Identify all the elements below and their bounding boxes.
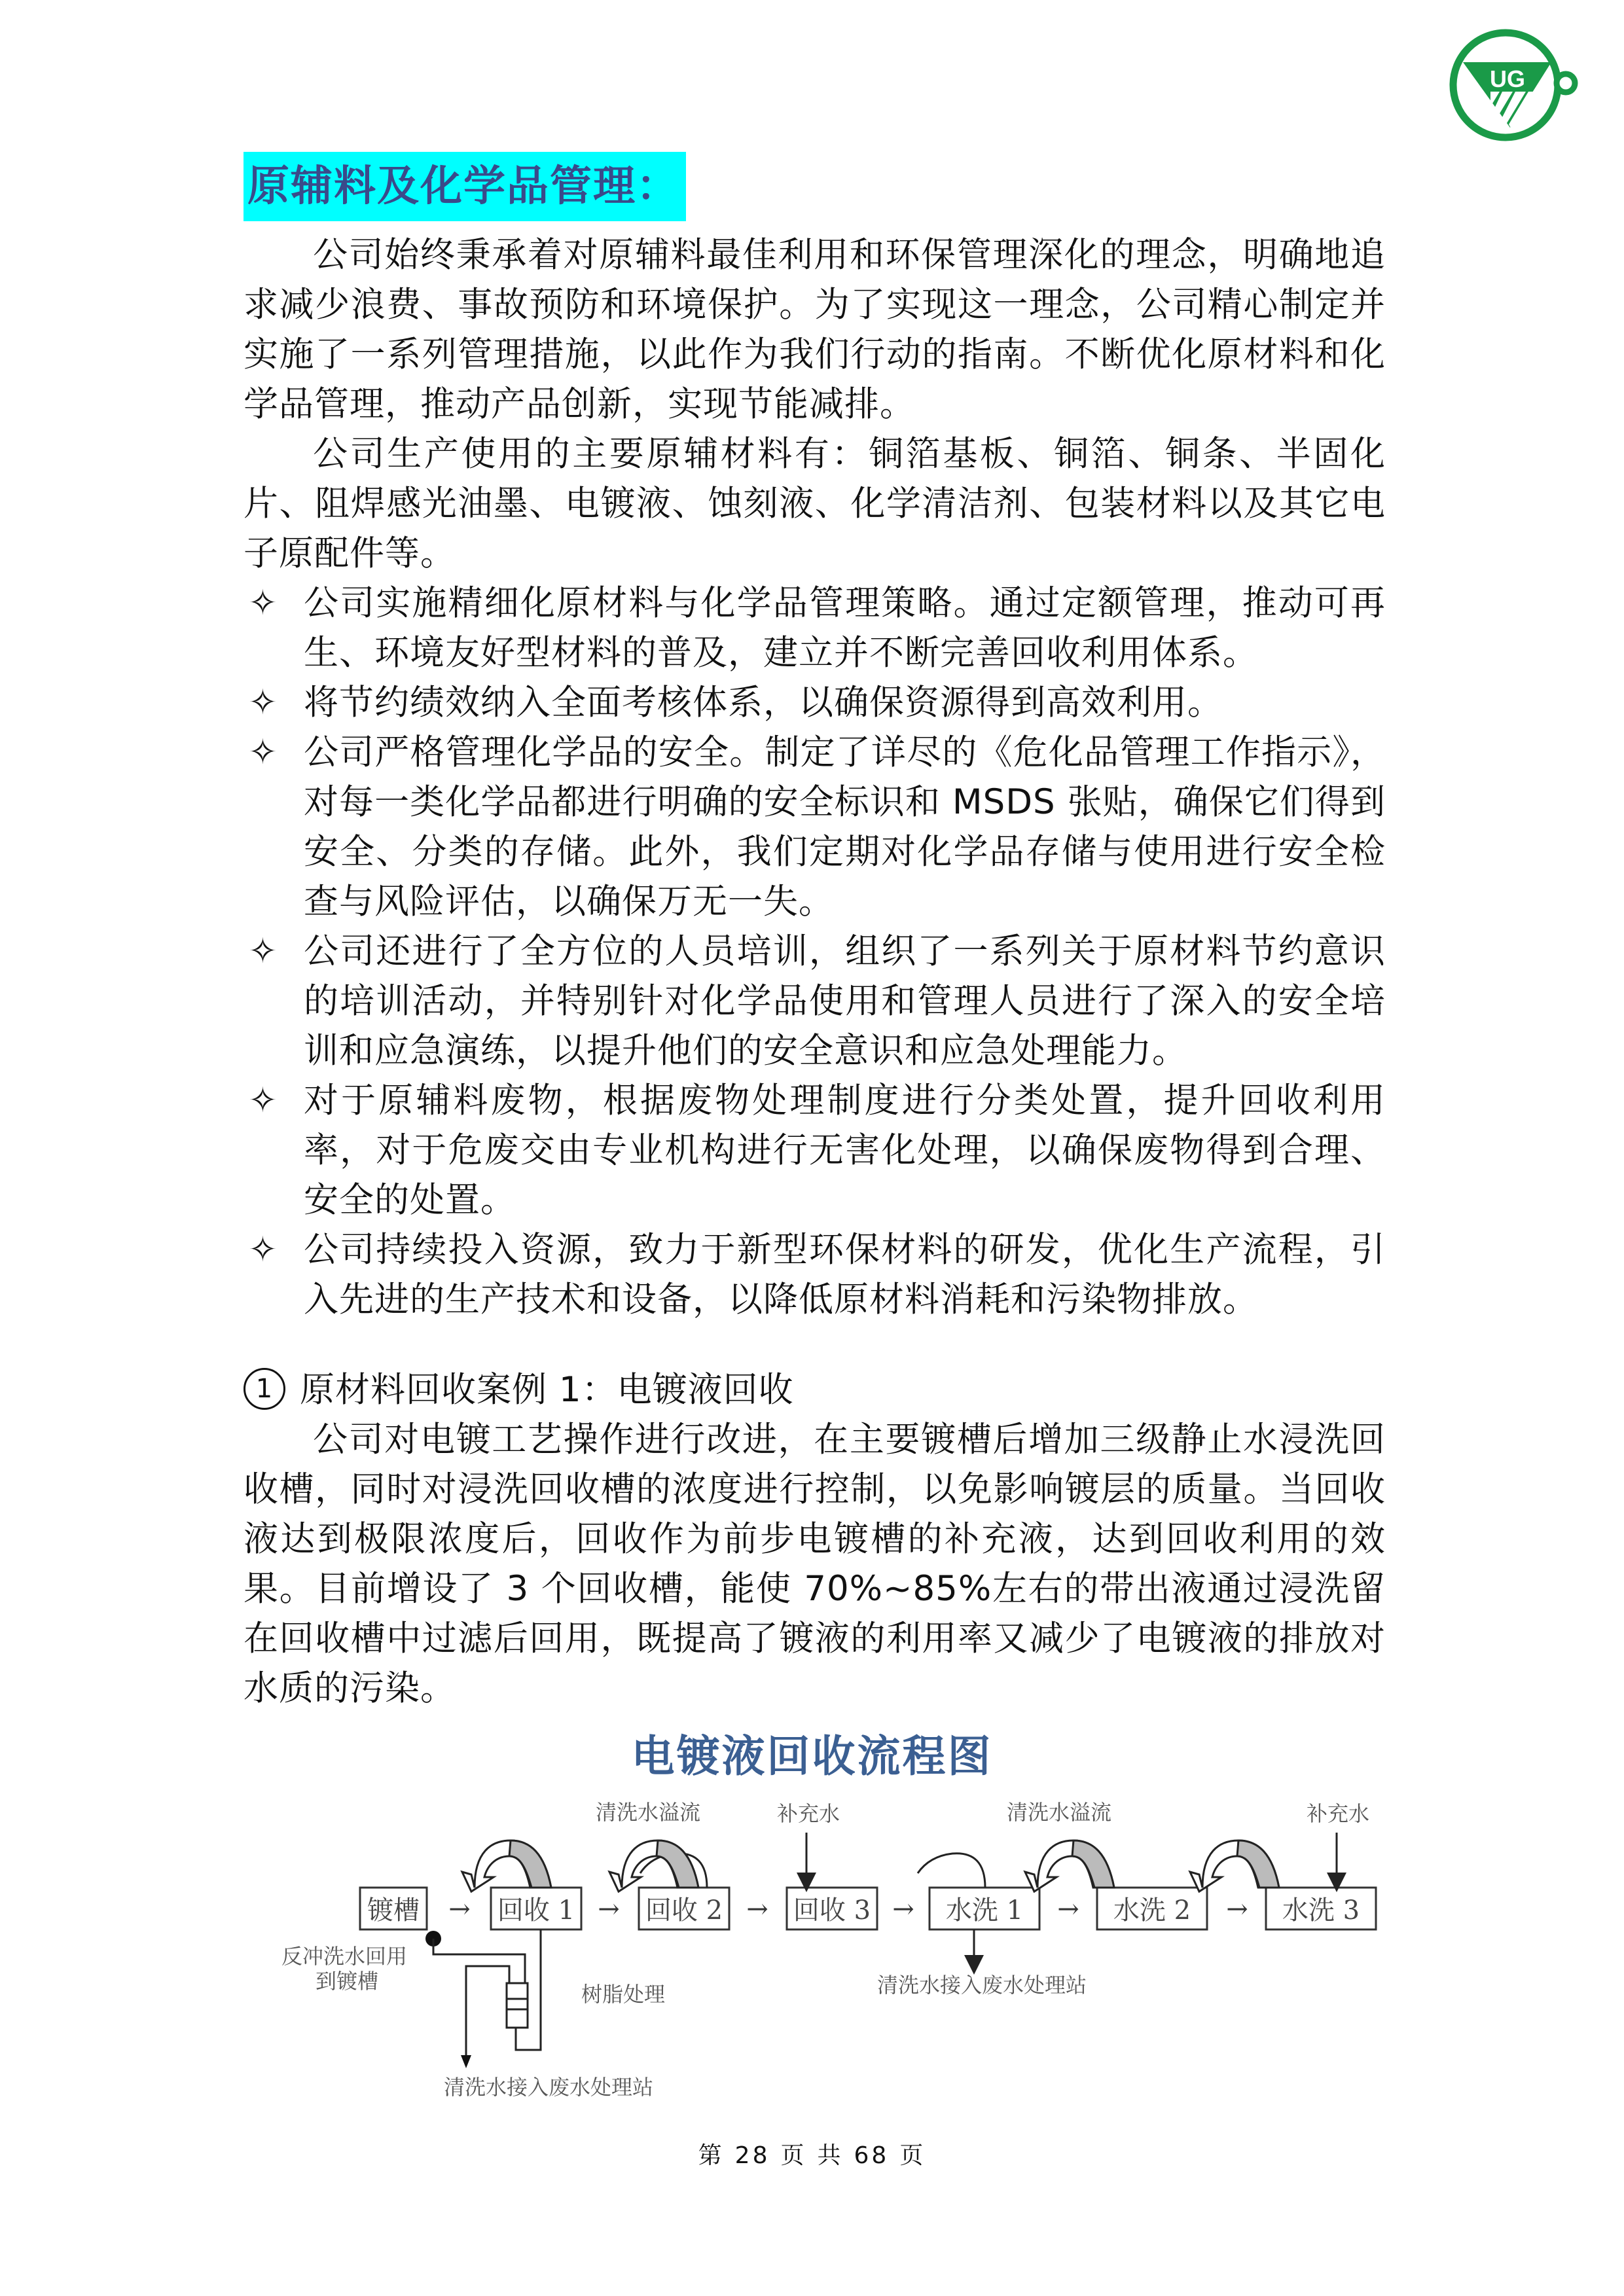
diamond-bullet-icon: ✧ (244, 579, 283, 628)
diamond-bullet-icon: ✧ (244, 1076, 283, 1126)
drain-label: 清洗水接入废水处理站 (877, 1973, 1087, 1998)
case-body: 公司对电镀工艺操作进行改进，在主要镀槽后增加三级静止水浸洗回收槽，同时对浸洗回收… (244, 1415, 1386, 1713)
diamond-bullet-icon: ✧ (244, 678, 283, 728)
resin-column-icon (507, 1983, 528, 2028)
node-recovery-3: 回收 3 (793, 1895, 871, 1926)
list-item: ✧公司持续投入资源，致力于新型环保材料的研发，优化生产流程，引入先进的生产技术和… (244, 1225, 1386, 1325)
diamond-bullet-icon: ✧ (244, 927, 283, 977)
overflow-arrow-icon (462, 1840, 1279, 1892)
list-item: ✧对于原辅料废物，根据废物处理制度进行分类处置，提升回收利用率，对于危废交由专业… (244, 1076, 1386, 1225)
plating-recovery-flowchart: 镀槽 回收 1 回收 2 回收 3 水洗 1 水洗 2 水洗 3 → → → →… (281, 1793, 1394, 2108)
list-item: ✧公司还进行了全方位的人员培训，组织了一系列关于原材料节约意识的培训活动，并特别… (244, 927, 1386, 1076)
diamond-bullet-icon: ✧ (244, 728, 283, 778)
company-logo-icon: UG (1437, 23, 1587, 147)
list-item: ✧将节约绩效纳入全面考核体系，以确保资源得到高效利用。 (244, 678, 1386, 728)
svg-text:→: → (448, 1894, 471, 1924)
measures-list: ✧公司实施精细化原材料与化学品管理策略。通过定额管理，推动可再生、环境友好型材料… (244, 579, 1386, 1325)
makeup-water-label: 补充水 (1307, 1801, 1369, 1826)
list-item: ✧公司严格管理化学品的安全。制定了详尽的《危化品管理工作指示》，对每一类化学品都… (244, 728, 1386, 927)
page-footer: 第28页共68页 (0, 2137, 1624, 2170)
drain-label: 清洗水接入废水处理站 (444, 2075, 653, 2100)
svg-text:→: → (746, 1894, 768, 1924)
section-heading: 原辅料及化学品管理： (244, 152, 686, 221)
overflow-label: 清洗水溢流 (596, 1800, 700, 1825)
circled-number-icon: 1 (244, 1368, 285, 1410)
node-plating-tank: 镀槽 (367, 1895, 420, 1926)
node-rinse-2: 水洗 2 (1113, 1895, 1191, 1926)
paragraph: 公司对电镀工艺操作进行改进，在主要镀槽后增加三级静止水浸洗回收槽，同时对浸洗回收… (244, 1415, 1386, 1713)
flowchart-title: 电镀液回收流程图 (0, 1721, 1624, 1784)
svg-text:→: → (1226, 1894, 1248, 1924)
paragraph: 公司始终秉承着对原辅料最佳利用和环保管理深化的理念，明确地追求减少浪费、事故预防… (244, 230, 1386, 429)
overflow-label: 清洗水溢流 (1007, 1800, 1111, 1825)
node-rinse-3: 水洗 3 (1282, 1895, 1360, 1926)
diamond-bullet-icon: ✧ (244, 1225, 283, 1275)
svg-text:→: → (1057, 1894, 1079, 1924)
backwash-label-2: 到镀槽 (316, 1969, 378, 1994)
list-item: ✧公司实施精细化原材料与化学品管理策略。通过定额管理，推动可再生、环境友好型材料… (244, 579, 1386, 678)
backwash-label: 反冲洗水回用 (281, 1944, 407, 1969)
paragraph: 公司生产使用的主要原辅材料有：铜箔基板、铜箔、铜条、半固化片、阻焊感光油墨、电镀… (244, 429, 1386, 579)
node-rinse-1: 水洗 1 (946, 1895, 1023, 1926)
svg-text:→: → (892, 1894, 914, 1924)
resin-label: 树脂处理 (581, 1982, 665, 2007)
svg-text:UG: UG (1490, 65, 1525, 92)
node-recovery-1: 回收 1 (497, 1895, 575, 1926)
intro-text: 公司始终秉承着对原辅料最佳利用和环保管理深化的理念，明确地追求减少浪费、事故预防… (244, 230, 1386, 579)
case-title: 1原材料回收案例 1：电镀液回收 (244, 1365, 794, 1415)
makeup-water-label: 补充水 (777, 1801, 840, 1826)
svg-text:→: → (598, 1894, 620, 1924)
total-pages: 68 (854, 2142, 890, 2169)
node-recovery-2: 回收 2 (645, 1895, 723, 1926)
current-page: 28 (735, 2142, 770, 2169)
